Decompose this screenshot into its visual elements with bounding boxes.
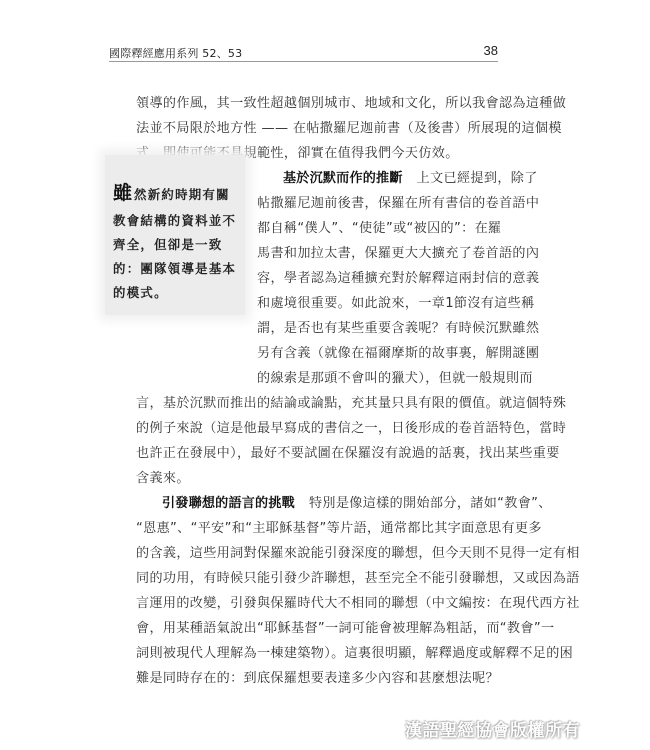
heading-continuation: 上文已經提到，除了 [417, 171, 538, 186]
body-line: 的線索是那頭不會叫的獵犬），但就一般規則而 [257, 371, 533, 387]
drop-cap: 雖 [113, 182, 132, 204]
page-number: 38 [484, 43, 498, 58]
body-line: 的含義，這些用詞對保羅來說能引發深度的聯想，但今天則不見得一定有相 [136, 546, 580, 562]
pull-quote-line: 齊全，但卻是一致 [113, 237, 223, 253]
pull-quote-line: 教會結構的資料並不 [113, 213, 236, 229]
body-line: 難是同時存在的：到底保羅想要表達多少內容和甚麼想法呢？ [136, 671, 499, 687]
section-heading: 基於沉默而作的推斷 [283, 171, 403, 186]
series-title: 國際釋經應用系列 52、53 [109, 45, 242, 61]
book-page: 國際釋經應用系列 52、53 38 領導的作風，其一致性超越個別城市、地域和文化… [0, 0, 650, 750]
body-line: 馬書和加拉太書，保羅更大大擴充了卷首語的內 [257, 246, 539, 262]
body-line: 言，基於沉默而推出的結論或論點，充其量只具有限的價值。就這個特殊 [136, 396, 566, 412]
body-line: 和處境很重要。如此說來，一章1節沒有這些稱 [257, 296, 535, 312]
body-line: “恩惠”、“平安”和“主耶穌基督”等片語，通常都比其字面意思有更多 [136, 521, 542, 537]
body-line: 詞則被現代人理解為一棟建築物）。這裏很明顯，解釋過度或解釋不足的困 [136, 646, 573, 662]
body-line: 都自稱“僕人”、“使徒”或“被囚的”：在羅 [257, 221, 501, 237]
pull-quote-text: 然新約時期有關 [134, 187, 230, 202]
pull-quote-box: 雖然新約時期有關 教會結構的資料並不 齊全，但卻是一致 的：團隊領導是基本 的模… [105, 155, 245, 315]
body-line: 同的功用，有時候只能引發少許聯想，甚至完全不能引發聯想，又或因為語 [136, 571, 580, 587]
running-header: 國際釋經應用系列 52、53 38 [109, 44, 498, 62]
body-line: 法並不局限於地方性 —— 在帖撒羅尼迦前書（及後書）所展現的這個模 [136, 121, 562, 137]
body-line: 言運用的改變，引發與保羅時代大不相同的聯想（中文編按：在現代西方社 [136, 596, 580, 612]
section-heading: 引發聯想的語言的挑戰 [162, 496, 295, 511]
heading-continuation: 特別是像這樣的開始部分，諸如“教會”、 [309, 496, 552, 511]
pull-quote-line: 的：團隊領導是基本 [113, 261, 236, 277]
copyright-watermark: 漢語聖經協會版權所有 [405, 716, 580, 741]
body-line: 另有含義（就像在福爾摩斯的故事裏，解開謎團 [257, 346, 539, 362]
pull-quote-line: 的模式。 [113, 285, 168, 301]
body-line: 謂，是否也有某些重要含義呢？有時候沉默雖然 [257, 321, 539, 337]
body-line: 領導的作風，其一致性超越個別城市、地域和文化，所以我會認為這種做 [136, 96, 566, 112]
body-line: 含義來。 [136, 471, 190, 487]
body-line: 帖撒羅尼迦前後書，保羅在所有書信的卷首語中 [257, 196, 539, 212]
body-line: 會，用某種語氣說出“耶穌基督”一詞可能會被理解為粗話，而“教會”一 [136, 621, 554, 637]
body-line: 也許正在發展中），最好不要試圖在保羅沒有說過的話裏，找出某些重要 [136, 446, 560, 462]
body-line: 容，學者認為這種擴充對於解釋這兩封信的意義 [257, 271, 539, 287]
body-line: 引發聯想的語言的挑戰特別是像這樣的開始部分，諸如“教會”、 [162, 496, 552, 512]
body-line: 的例子來說（這是他最早寫成的書信之一，日後形成的卷首語特色，當時 [136, 421, 566, 437]
body-line: 基於沉默而作的推斷上文已經提到，除了 [283, 171, 538, 187]
pull-quote-line: 雖然新約時期有關 [113, 185, 230, 203]
